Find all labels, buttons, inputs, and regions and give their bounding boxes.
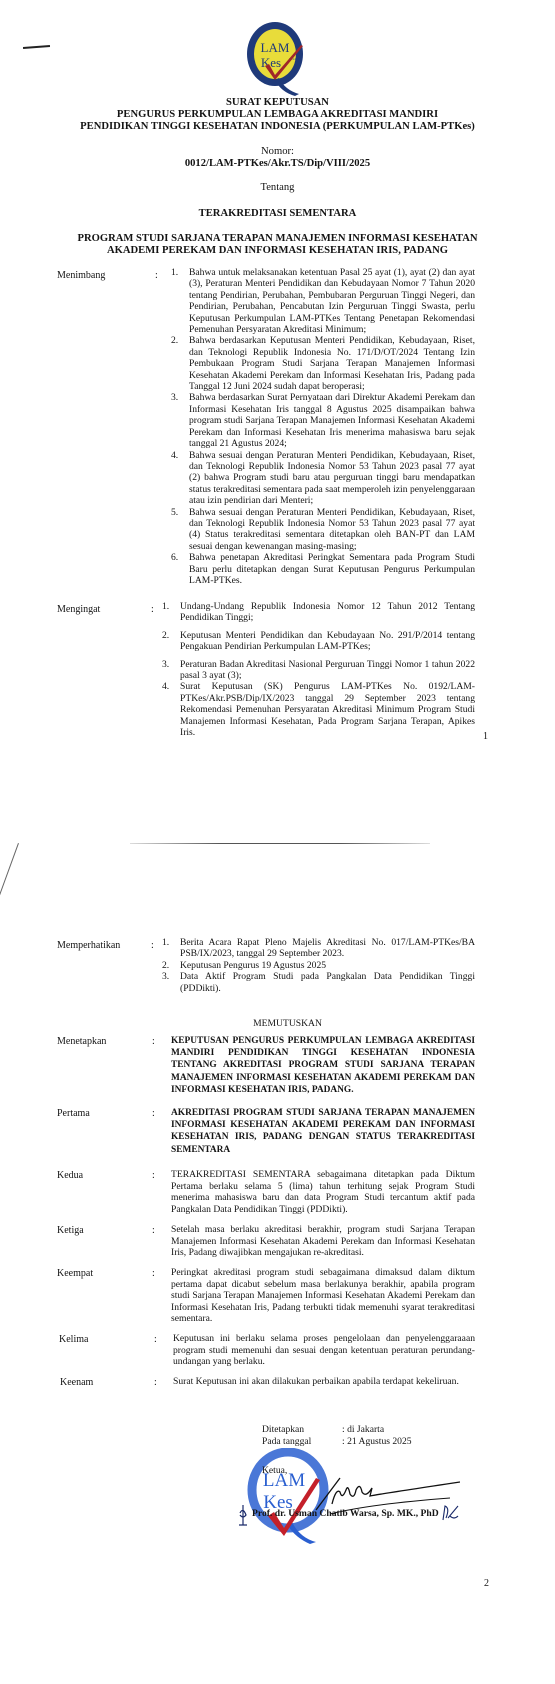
menimbang-colon: : — [155, 270, 158, 281]
list-item: 1.Berita Acara Rapat Pleno Majelis Akred… — [180, 937, 475, 960]
diktum-colon: : — [152, 1170, 155, 1181]
diktum-text-pertama: AKREDITASI PROGRAM STUDI SARJANA TERAPAN… — [171, 1107, 475, 1156]
list-item: 3.Bahwa berdasarkan Surat Pernyataan dar… — [189, 392, 475, 449]
diktum-colon: : — [152, 1036, 155, 1047]
diktum-label-kelima: Kelima — [59, 1334, 88, 1345]
tanggal-label: Pada tanggal — [262, 1436, 311, 1447]
signatory-name: Prof. dr. Usman Chatib Warsa, Sp. MK., P… — [252, 1508, 439, 1519]
list-item: 1.Bahwa untuk melaksanakan ketentuan Pas… — [189, 267, 475, 335]
diktum-label-keempat: Keempat — [57, 1268, 93, 1279]
list-item: 5.Bahwa sesuai dengan Peraturan Menteri … — [189, 507, 475, 553]
scan-mark-slash — [0, 843, 19, 1022]
diktum-text-menetapkan: KEPUTUSAN PENGURUS PERKUMPULAN LEMBAGA A… — [171, 1035, 475, 1096]
list-item: 4.Bahwa sesuai dengan Peraturan Menteri … — [189, 450, 475, 507]
mengingat-label: Mengingat — [57, 604, 100, 615]
diktum-colon: : — [152, 1268, 155, 1279]
initial-paraf-icon — [440, 1504, 460, 1522]
memperhatikan-colon: : — [151, 940, 154, 951]
diktum-label-ketiga: Ketiga — [57, 1225, 84, 1236]
tentang-label: Tentang — [0, 182, 555, 194]
page-number-2: 2 — [484, 1578, 489, 1589]
svg-text:LAM: LAM — [261, 40, 290, 55]
menimbang-label: Menimbang — [57, 270, 105, 281]
diktum-label-kedua: Kedua — [57, 1170, 83, 1181]
menimbang-list: 1.Bahwa untuk melaksanakan ketentuan Pas… — [189, 267, 475, 586]
page-number-1: 1 — [483, 731, 488, 742]
diktum-label-menetapkan: Menetapkan — [57, 1036, 106, 1047]
diktum-text-keempat: Peringkat akreditasi program studi sebag… — [171, 1267, 475, 1325]
tanggal-value: : 21 Agustus 2025 — [342, 1436, 412, 1447]
memperhatikan-list: 1.Berita Acara Rapat Pleno Majelis Akred… — [180, 937, 475, 994]
diktum-label-keenam: Keenam — [60, 1377, 93, 1388]
diktum-colon: : — [152, 1225, 155, 1236]
memperhatikan-label: Memperhatikan — [57, 940, 120, 951]
diktum-text-keenam: Surat Keputusan ini akan dilakukan perba… — [173, 1376, 475, 1388]
org-line-1: PENGURUS PERKUMPULAN LEMBAGA AKREDITASI … — [0, 109, 555, 121]
diktum-colon: : — [154, 1334, 157, 1345]
diktum-colon: : — [152, 1108, 155, 1119]
program-line-1: PROGRAM STUDI SARJANA TERAPAN MANAJEMEN … — [0, 233, 555, 245]
initial-mark-icon — [237, 1503, 249, 1527]
list-item: 3.Peraturan Badan Akreditasi Nasional Pe… — [180, 659, 475, 682]
lam-ptkes-logo-icon: LAM Kes 2014 — [239, 20, 311, 98]
scan-mark — [23, 45, 50, 49]
diktum-text-kedua: TERAKREDITASI SEMENTARA sebagaimana dite… — [171, 1169, 475, 1215]
list-item: 3.Data Aktif Program Studi pada Pangkala… — [180, 971, 475, 994]
list-item: 1.Undang-Undang Republik Indonesia Nomor… — [180, 601, 475, 624]
list-item: 2.Keputusan Menteri Pendidikan dan Kebud… — [180, 630, 475, 653]
subject-title: TERAKREDITASI SEMENTARA — [0, 208, 555, 220]
nomor-value: 0012/LAM-PTKes/Akr.TS/Dip/VIII/2025 — [0, 158, 555, 170]
document-title: SURAT KEPUTUSAN — [0, 97, 555, 109]
list-item: 4.Surat Keputusan (SK) Pengurus LAM-PTKe… — [180, 681, 475, 738]
nomor-label: Nomor: — [0, 146, 555, 158]
diktum-text-ketiga: Setelah masa berlaku akreditasi berakhir… — [171, 1224, 475, 1259]
page-divider — [130, 843, 430, 844]
list-item: 6.Bahwa penetapan Akreditasi Peringkat S… — [189, 552, 475, 586]
org-line-2: PENDIDIKAN TINGGI KESEHATAN INDONESIA (P… — [0, 121, 555, 133]
mengingat-list: 1.Undang-Undang Republik Indonesia Nomor… — [180, 601, 475, 738]
mengingat-colon: : — [151, 604, 154, 615]
ditetapkan-label: Ditetapkan — [262, 1424, 304, 1435]
diktum-colon: : — [154, 1377, 157, 1388]
program-line-2: AKADEMI PEREKAM DAN INFORMASI KESEHATAN … — [0, 245, 555, 257]
memutuskan-heading: MEMUTUSKAN — [10, 1018, 555, 1030]
diktum-text-kelima: Keputusan ini berlaku selama proses peng… — [173, 1333, 475, 1368]
list-item: 2.Bahwa berdasarkan Keputusan Menteri Pe… — [189, 335, 475, 392]
signatory-role: Ketua, — [262, 1465, 287, 1476]
diktum-label-pertama: Pertama — [57, 1108, 90, 1119]
list-item: 2.Keputusan Pengurus 19 Agustus 2025 — [180, 960, 475, 971]
ditetapkan-value: : di Jakarta — [342, 1424, 384, 1435]
